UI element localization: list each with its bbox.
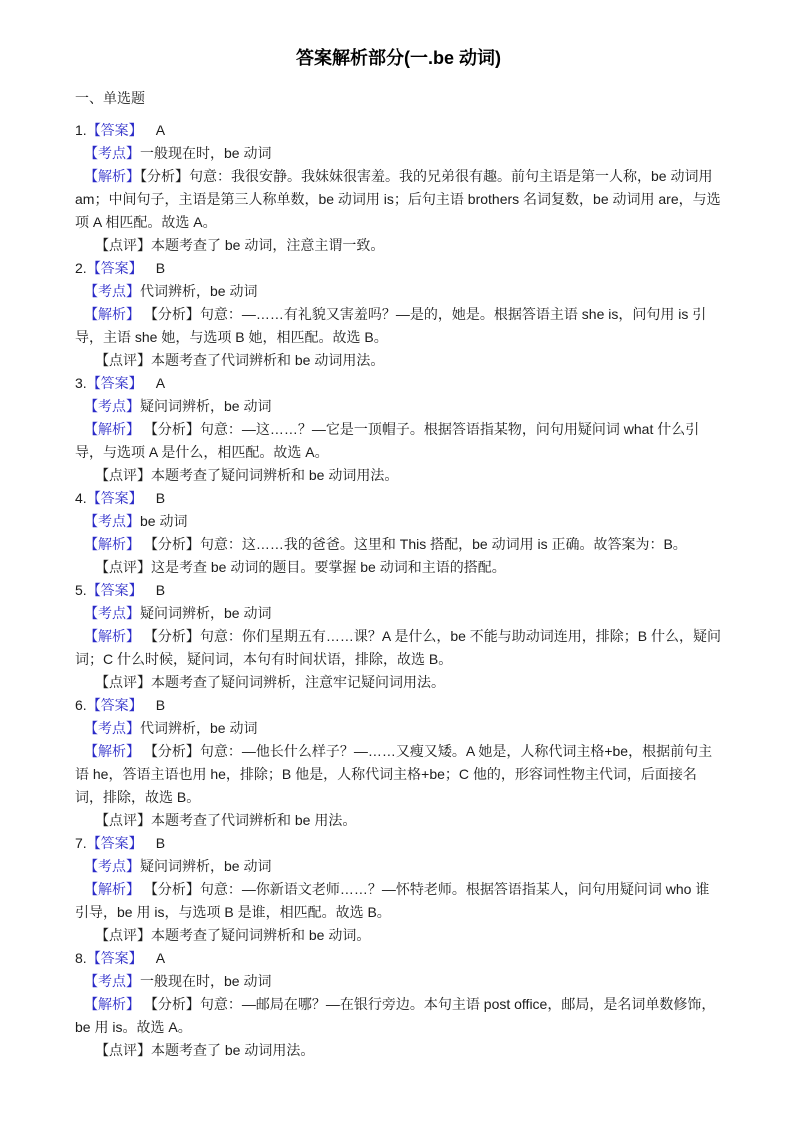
item-number: 3. <box>75 375 87 391</box>
comment-label: 【点评】 <box>95 674 151 690</box>
comment-label: 【点评】 <box>95 467 151 483</box>
answer-item-3: 3.【答案】A 【考点】疑问词辨析，be 动词 【解析】 【分析】句意：—这……… <box>75 372 722 487</box>
answer-value: B <box>156 490 165 506</box>
analysis-line: 【解析】 【分析】句意：—……有礼貌又害羞吗？—是的，她是。根据答语主语 she… <box>75 303 722 349</box>
comment-text: 本题考查了代词辨析和 be 动词用法。 <box>151 352 384 368</box>
answer-item-7: 7.【答案】B 【考点】疑问词辨析，be 动词 【解析】 【分析】句意：—你新语… <box>75 832 722 947</box>
comment-label: 【点评】 <box>95 559 151 575</box>
analysis-label: 【解析】 <box>84 306 140 322</box>
points-label: 【考点】 <box>84 145 140 161</box>
answer-label: 【答案】 <box>87 950 143 966</box>
answer-item-5: 5.【答案】B 【考点】疑问词辨析，be 动词 【解析】 【分析】句意：你们星期… <box>75 579 722 694</box>
points-label: 【考点】 <box>84 720 140 736</box>
answer-line: 1.【答案】A <box>75 119 722 142</box>
answer-line: 8.【答案】A <box>75 947 722 970</box>
item-number: 7. <box>75 835 87 851</box>
answer-item-1: 1.【答案】A 【考点】一般现在时，be 动词 【解析】【分析】句意：我很安静。… <box>75 119 722 257</box>
answer-line: 4.【答案】B <box>75 487 722 510</box>
comment-label: 【点评】 <box>95 352 151 368</box>
comment-line: 【点评】本题考查了代词辨析和 be 用法。 <box>75 809 722 832</box>
answer-label: 【答案】 <box>87 582 143 598</box>
answer-value: B <box>156 260 165 276</box>
points-label: 【考点】 <box>84 283 140 299</box>
answer-item-8: 8.【答案】A 【考点】一般现在时，be 动词 【解析】 【分析】句意：—邮局在… <box>75 947 722 1062</box>
points-text: 疑问词辨析，be 动词 <box>140 398 271 414</box>
comment-text: 本题考查了代词辨析和 be 用法。 <box>151 812 356 828</box>
analysis-label: 【解析】 <box>84 743 140 759</box>
points-line: 【考点】疑问词辨析，be 动词 <box>75 855 722 878</box>
answer-value: B <box>156 697 165 713</box>
comment-label: 【点评】 <box>95 237 151 253</box>
points-line: 【考点】一般现在时，be 动词 <box>75 970 722 993</box>
comment-text: 本题考查了疑问词辨析，注意牢记疑问词用法。 <box>151 674 445 690</box>
analysis-label: 【解析】 <box>84 996 140 1012</box>
comment-line: 【点评】本题考查了 be 动词用法。 <box>75 1039 722 1062</box>
points-line: 【考点】代词辨析，be 动词 <box>75 280 722 303</box>
answer-value: A <box>156 122 165 138</box>
comment-label: 【点评】 <box>95 1042 151 1058</box>
analysis-text: 【分析】句意：这……我的爸爸。这里和 This 搭配，be 动词用 is 正确。… <box>140 536 687 552</box>
comment-text: 本题考查了疑问词辨析和 be 动词用法。 <box>151 467 398 483</box>
points-label: 【考点】 <box>84 858 140 874</box>
points-line: 【考点】疑问词辨析，be 动词 <box>75 395 722 418</box>
section-heading: 一、单选题 <box>75 87 722 110</box>
analysis-text: 【分析】句意：—他长什么样子？—……又瘦又矮。A 她是，人称代词主格+be，根据… <box>75 743 712 805</box>
points-label: 【考点】 <box>84 605 140 621</box>
points-text: be 动词 <box>140 513 187 529</box>
answer-value: B <box>156 835 165 851</box>
analysis-line: 【解析】 【分析】句意：—邮局在哪？—在银行旁边。本句主语 post offic… <box>75 993 722 1039</box>
analysis-text: 【分析】句意：—邮局在哪？—在银行旁边。本句主语 post office，邮局，… <box>75 996 715 1035</box>
answer-label: 【答案】 <box>87 122 143 138</box>
comment-line: 【点评】这是考查 be 动词的题目。要掌握 be 动词和主语的搭配。 <box>75 556 722 579</box>
analysis-label: 【解析】 <box>84 536 140 552</box>
answer-value: A <box>156 375 165 391</box>
analysis-label: 【解析】 <box>84 881 140 897</box>
analysis-line: 【解析】 【分析】句意：这……我的爸爸。这里和 This 搭配，be 动词用 i… <box>75 533 722 556</box>
answer-label: 【答案】 <box>87 697 143 713</box>
analysis-label: 【解析】 <box>84 421 140 437</box>
comment-line: 【点评】本题考查了疑问词辨析和 be 动词。 <box>75 924 722 947</box>
answer-line: 2.【答案】B <box>75 257 722 280</box>
answer-line: 6.【答案】B <box>75 694 722 717</box>
comment-label: 【点评】 <box>95 927 151 943</box>
analysis-text: 【分析】句意：—这……？—它是一顶帽子。根据答语指某物，问句用疑问词 what … <box>75 421 699 460</box>
analysis-text: 【分析】句意：—你新语文老师……？—怀特老师。根据答语指某人，问句用疑问词 wh… <box>75 881 709 920</box>
points-text: 疑问词辨析，be 动词 <box>140 605 271 621</box>
points-line: 【考点】疑问词辨析，be 动词 <box>75 602 722 625</box>
answer-label: 【答案】 <box>87 835 143 851</box>
analysis-text: 【分析】句意：你们星期五有……课？A 是什么，be 不能与助动词连用，排除；B … <box>75 628 721 667</box>
comment-line: 【点评】本题考查了 be 动词，注意主谓一致。 <box>75 234 722 257</box>
analysis-text: 【分析】句意：—……有礼貌又害羞吗？—是的，她是。根据答语主语 she is，问… <box>75 306 706 345</box>
points-label: 【考点】 <box>84 398 140 414</box>
page-title: 答案解析部分(一.be 动词) <box>75 46 722 70</box>
comment-label: 【点评】 <box>95 812 151 828</box>
points-text: 一般现在时，be 动词 <box>140 145 271 161</box>
answer-label: 【答案】 <box>87 375 143 391</box>
item-number: 6. <box>75 697 87 713</box>
item-number: 2. <box>75 260 87 276</box>
analysis-line: 【解析】 【分析】句意：—这……？—它是一顶帽子。根据答语指某物，问句用疑问词 … <box>75 418 722 464</box>
comment-text: 本题考查了疑问词辨析和 be 动词。 <box>151 927 370 943</box>
answer-item-2: 2.【答案】B 【考点】代词辨析，be 动词 【解析】 【分析】句意：—……有礼… <box>75 257 722 372</box>
analysis-line: 【解析】 【分析】句意：—他长什么样子？—……又瘦又矮。A 她是，人称代词主格+… <box>75 740 722 809</box>
points-line: 【考点】be 动词 <box>75 510 722 533</box>
document-page: 答案解析部分(一.be 动词) 一、单选题 1.【答案】A 【考点】一般现在时，… <box>0 0 793 1122</box>
points-text: 疑问词辨析，be 动词 <box>140 858 271 874</box>
comment-text: 本题考查了 be 动词，注意主谓一致。 <box>151 237 384 253</box>
analysis-line: 【解析】【分析】句意：我很安静。我妹妹很害羞。我的兄弟很有趣。前句主语是第一人称… <box>75 165 722 234</box>
points-text: 代词辨析，be 动词 <box>140 720 257 736</box>
answer-item-6: 6.【答案】B 【考点】代词辨析，be 动词 【解析】 【分析】句意：—他长什么… <box>75 694 722 832</box>
analysis-line: 【解析】 【分析】句意：你们星期五有……课？A 是什么，be 不能与助动词连用，… <box>75 625 722 671</box>
item-number: 1. <box>75 122 87 138</box>
points-line: 【考点】一般现在时，be 动词 <box>75 142 722 165</box>
comment-line: 【点评】本题考查了代词辨析和 be 动词用法。 <box>75 349 722 372</box>
comment-text: 本题考查了 be 动词用法。 <box>151 1042 314 1058</box>
points-text: 一般现在时，be 动词 <box>140 973 271 989</box>
points-label: 【考点】 <box>84 973 140 989</box>
answer-item-4: 4.【答案】B 【考点】be 动词 【解析】 【分析】句意：这……我的爸爸。这里… <box>75 487 722 579</box>
answer-label: 【答案】 <box>87 260 143 276</box>
answer-value: A <box>156 950 165 966</box>
answer-line: 3.【答案】A <box>75 372 722 395</box>
item-number: 8. <box>75 950 87 966</box>
points-label: 【考点】 <box>84 513 140 529</box>
answer-line: 5.【答案】B <box>75 579 722 602</box>
analysis-text: 【分析】句意：我很安静。我妹妹很害羞。我的兄弟很有趣。前句主语是第一人称，be … <box>75 168 721 230</box>
answer-line: 7.【答案】B <box>75 832 722 855</box>
analysis-line: 【解析】 【分析】句意：—你新语文老师……？—怀特老师。根据答语指某人，问句用疑… <box>75 878 722 924</box>
points-text: 代词辨析，be 动词 <box>140 283 257 299</box>
answer-value: B <box>156 582 165 598</box>
points-line: 【考点】代词辨析，be 动词 <box>75 717 722 740</box>
answer-label: 【答案】 <box>87 490 143 506</box>
comment-text: 这是考查 be 动词的题目。要掌握 be 动词和主语的搭配。 <box>151 559 506 575</box>
item-number: 4. <box>75 490 87 506</box>
item-number: 5. <box>75 582 87 598</box>
analysis-label: 【解析】 <box>84 168 140 184</box>
comment-line: 【点评】本题考查了疑问词辨析，注意牢记疑问词用法。 <box>75 671 722 694</box>
comment-line: 【点评】本题考查了疑问词辨析和 be 动词用法。 <box>75 464 722 487</box>
analysis-label: 【解析】 <box>84 628 140 644</box>
